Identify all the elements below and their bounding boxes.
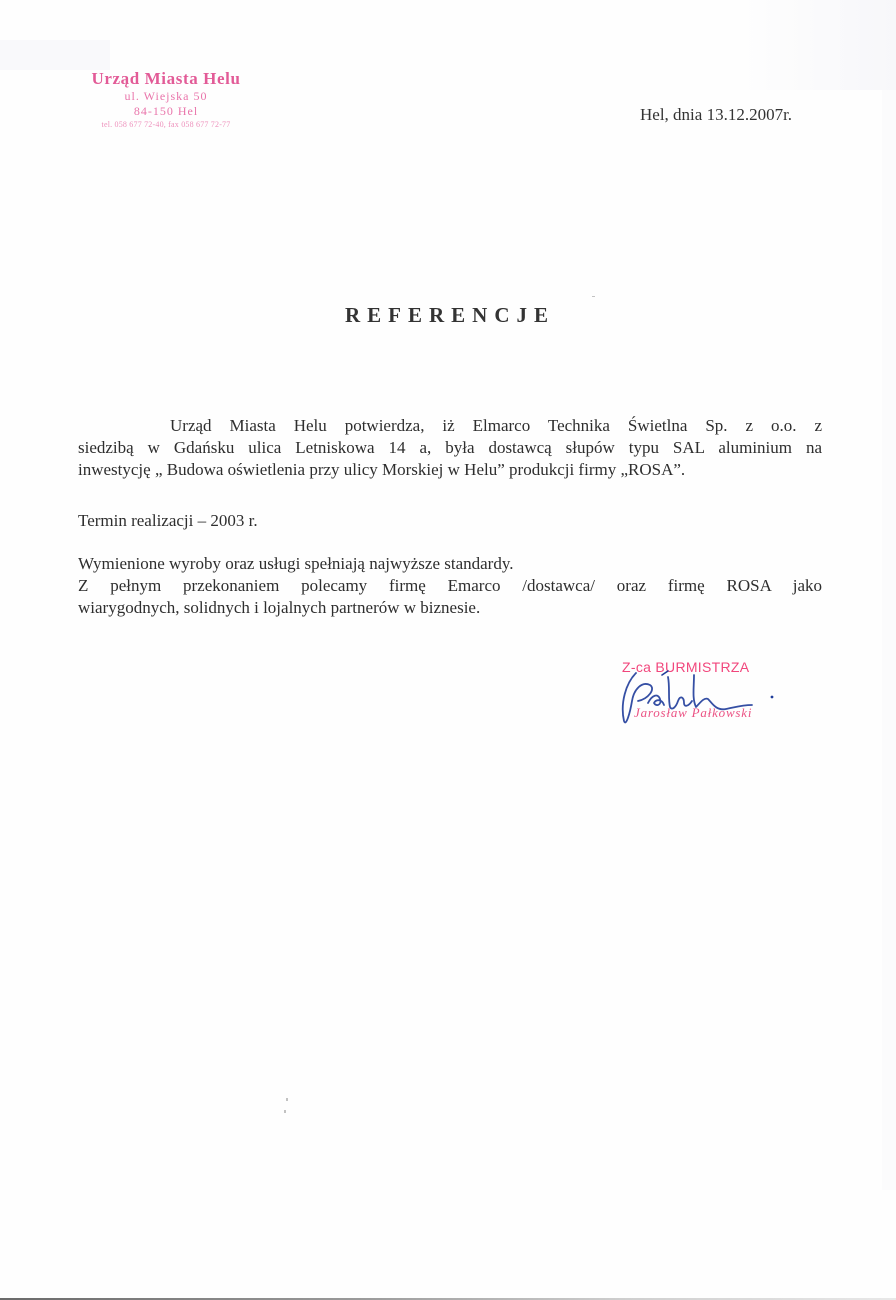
- scan-shadow: [736, 0, 896, 90]
- text-line: Urząd Miasta Helu potwierdza, iż Elmarco…: [78, 415, 822, 437]
- letter-date: Hel, dnia 13.12.2007r.: [640, 105, 792, 125]
- paragraph-completion-date: Termin realizacji – 2003 r.: [78, 510, 822, 532]
- office-stamp: Urząd Miasta Helu ul. Wiejska 50 84-150 …: [60, 70, 272, 129]
- paragraph-recommendation: Wymienione wyroby oraz usługi spełniają …: [78, 553, 822, 619]
- text-line: wiarygodnych, solidnych i lojalnych part…: [78, 597, 822, 619]
- scan-shadow: [0, 40, 110, 70]
- stamp-postal-code: 84-150 Hel: [60, 105, 272, 117]
- scan-speck: [592, 296, 595, 297]
- document-title: REFERENCJE: [0, 303, 896, 328]
- stamp-contact: tel. 058 677 72-40, fax 058 677 72-77: [60, 121, 272, 129]
- signature-block: Z-ca BURMISTRZA Jarosław Pałkowski: [612, 655, 802, 735]
- scan-shadow: [882, 90, 896, 1190]
- scan-speck: [286, 1098, 288, 1101]
- text-line: siedzibą w Gdańsku ulica Letniskowa 14 a…: [78, 437, 822, 459]
- paragraph-confirmation: Urząd Miasta Helu potwierdza, iż Elmarco…: [78, 415, 822, 481]
- text-line: Wymienione wyroby oraz usługi spełniają …: [78, 553, 822, 575]
- stamp-office-name: Urząd Miasta Helu: [60, 70, 272, 87]
- stamp-street: ul. Wiejska 50: [60, 90, 272, 102]
- text-line: inwestycję „ Budowa oświetlenia przy uli…: [78, 459, 822, 481]
- handwritten-signature-icon: [612, 663, 802, 733]
- text-line: Z pełnym przekonaniem polecamy firmę Ema…: [78, 575, 822, 597]
- scan-speck: [284, 1110, 286, 1113]
- scanned-letter-page: Urząd Miasta Helu ul. Wiejska 50 84-150 …: [0, 0, 896, 1300]
